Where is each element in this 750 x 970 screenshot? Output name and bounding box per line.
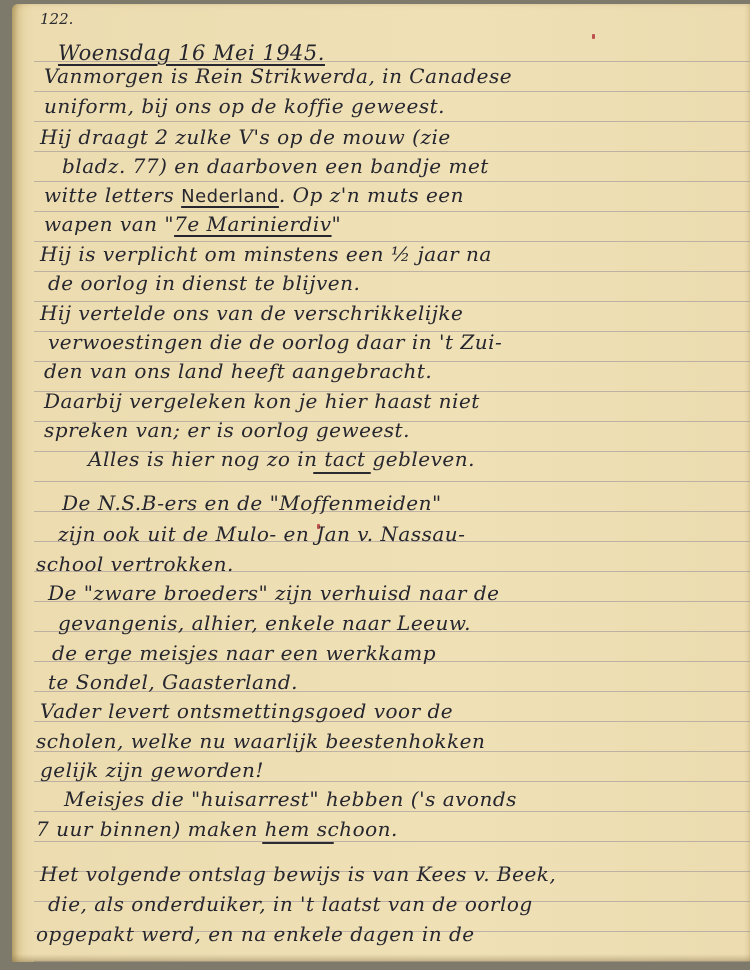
text-line: Het volgende ontslag bewijs is van Kees … <box>40 859 556 889</box>
text-line: De N.S.B-ers en de "Moffenmeiden" <box>62 488 442 518</box>
underlined-unit-name: 7e Marinierdiv <box>174 212 331 236</box>
text-line: de erge meisjes naar een werkkamp <box>52 638 436 668</box>
section-divider <box>313 472 371 474</box>
text-line: Hij draagt 2 zulke V's op de mouw (zie <box>40 122 451 152</box>
text-line: 7 uur binnen) maken hem schoon. <box>36 814 398 844</box>
text-line: scholen, welke nu waarlijk beestenhokken <box>36 726 485 756</box>
text-line: Daarbij vergeleken kon je hier haast nie… <box>44 386 480 416</box>
page-number: 122. <box>40 10 73 28</box>
text-line: witte letters Nederland. Op z'n muts een <box>44 180 464 212</box>
text-span: " <box>332 212 342 236</box>
text-line: te Sondel, Gaasterland. <box>48 667 298 697</box>
text-line: Vader levert ontsmettingsgoed voor de <box>40 696 453 726</box>
text-line: bladz. 77) en daarboven een bandje met <box>62 151 489 181</box>
text-span: . Op z'n muts een <box>279 183 464 207</box>
text-span: wapen van " <box>44 212 174 236</box>
text-line: die, als onderduiker, in 't laatst van d… <box>48 889 533 919</box>
text-line: uniform, bij ons op de koffie geweest. <box>44 91 445 121</box>
section-divider <box>262 842 334 844</box>
text-line: De "zware broeders" zijn verhuisd naar d… <box>48 578 499 608</box>
text-line: opgepakt werd, en na enkele dagen in de <box>36 919 475 949</box>
diary-page: 122. Woensdag 16 Mei 1945. Vanmorgen is … <box>12 4 750 962</box>
text-line: Meisjes die "huisarrest" hebben ('s avon… <box>64 784 517 814</box>
text-line: spreken van; er is oorlog geweest. <box>44 415 410 445</box>
text-line: gevangenis, alhier, enkele naar Leeuw. <box>58 608 471 638</box>
text-span: witte letters <box>44 183 174 207</box>
text-line: Alles is hier nog zo in tact gebleven. <box>88 444 475 474</box>
text-line: zijn ook uit de Mulo- en Jan v. Nassau- <box>58 519 465 549</box>
text-line: de oorlog in dienst te blijven. <box>48 268 360 298</box>
text-line: wapen van "7e Marinierdiv" <box>44 209 341 239</box>
text-line: Vanmorgen is Rein Strikwerda, in Canades… <box>44 61 512 91</box>
text-line: school vertrokken. <box>36 549 234 579</box>
text-line: gelijk zijn geworden! <box>40 755 264 785</box>
text-line: Hij is verplicht om minstens een ½ jaar … <box>40 239 492 269</box>
text-line: den van ons land heeft aangebracht. <box>44 356 432 386</box>
text-line: Hij vertelde ons van de verschrikkelijke <box>40 298 463 328</box>
text-line: verwoestingen die de oorlog daar in 't Z… <box>48 327 502 357</box>
ink-speck <box>592 34 595 39</box>
underlined-word-nederland: Nederland <box>181 186 279 207</box>
